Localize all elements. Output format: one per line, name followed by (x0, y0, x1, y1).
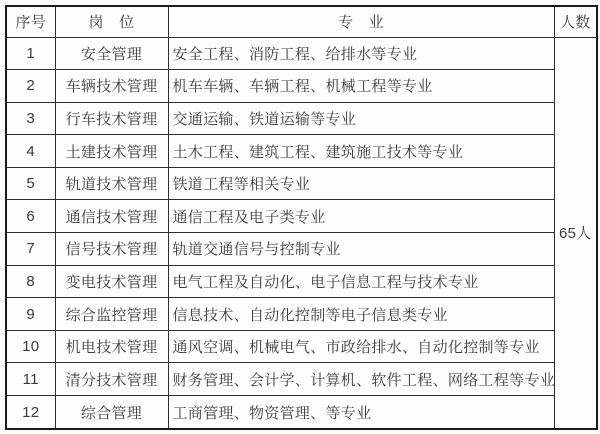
position-cell: 综合管理 (55, 396, 168, 429)
header-cell-count: 人数 (554, 6, 597, 37)
table-row: 9 综合监控管理 信息技术、自动化控制等电子信息类专业 (6, 298, 597, 331)
major-cell: 交通运输、铁道运输等专业 (168, 102, 554, 135)
major-cell: 机车车辆、车辆工程、机械工程等专业 (168, 70, 554, 103)
row-number-cell: 9 (6, 298, 55, 331)
table-row: 1 安全管理 安全工程、消防工程、给排水等专业 65人 (6, 37, 597, 70)
row-number-cell: 6 (6, 200, 55, 233)
table-row: 3 行车技术管理 交通运输、铁道运输等专业 (6, 102, 597, 135)
position-cell: 安全管理 (55, 37, 168, 70)
table-row: 8 变电技术管理 电气工程及自动化、电子信息工程与技术专业 (6, 265, 597, 298)
position-cell: 轨道技术管理 (55, 167, 168, 200)
row-number-cell: 7 (6, 233, 55, 266)
row-number-cell: 10 (6, 330, 55, 363)
table-row: 7 信号技术管理 轨道交通信号与控制专业 (6, 233, 597, 266)
position-cell: 通信技术管理 (55, 200, 168, 233)
major-cell: 土木工程、建筑工程、建筑施工技术等专业 (168, 135, 554, 168)
major-cell: 财务管理、会计学、计算机、软件工程、网络工程等专业 (168, 363, 554, 396)
row-number-cell: 12 (6, 396, 55, 429)
row-number-cell: 11 (6, 363, 55, 396)
position-cell: 综合监控管理 (55, 298, 168, 331)
major-cell: 通信工程及电子类专业 (168, 200, 554, 233)
position-cell: 机电技术管理 (55, 330, 168, 363)
major-cell: 通风空调、机械电气、市政给排水、自动化控制等专业 (168, 330, 554, 363)
major-cell: 安全工程、消防工程、给排水等专业 (168, 37, 554, 70)
table-row: 5 轨道技术管理 铁道工程等相关专业 (6, 167, 597, 200)
table-row: 12 综合管理 工商管理、物资管理、等专业 (6, 396, 597, 429)
position-cell: 信号技术管理 (55, 233, 168, 266)
table-row: 2 车辆技术管理 机车车辆、车辆工程、机械工程等专业 (6, 70, 597, 103)
major-cell: 工商管理、物资管理、等专业 (168, 396, 554, 429)
table-row: 11 清分技术管理 财务管理、会计学、计算机、软件工程、网络工程等专业 (6, 363, 597, 396)
row-number-cell: 5 (6, 167, 55, 200)
recruitment-positions-table: 序号 岗 位 专 业 人数 1 安全管理 安全工程、消防工程、给排水等专业 65… (5, 5, 598, 430)
position-cell: 土建技术管理 (55, 135, 168, 168)
row-number-cell: 1 (6, 37, 55, 70)
row-number-cell: 8 (6, 265, 55, 298)
major-cell: 轨道交通信号与控制专业 (168, 233, 554, 266)
position-cell: 行车技术管理 (55, 102, 168, 135)
row-number-cell: 3 (6, 102, 55, 135)
table-row: 6 通信技术管理 通信工程及电子类专业 (6, 200, 597, 233)
major-cell: 信息技术、自动化控制等电子信息类专业 (168, 298, 554, 331)
scanned-document-page: 序号 岗 位 专 业 人数 1 安全管理 安全工程、消防工程、给排水等专业 65… (0, 0, 600, 434)
header-cell-major: 专 业 (168, 6, 554, 37)
header-cell-no: 序号 (6, 6, 55, 37)
headcount-merged-cell: 65人 (554, 37, 597, 429)
position-cell: 变电技术管理 (55, 265, 168, 298)
table-row: 10 机电技术管理 通风空调、机械电气、市政给排水、自动化控制等专业 (6, 330, 597, 363)
position-cell: 清分技术管理 (55, 363, 168, 396)
row-number-cell: 2 (6, 70, 55, 103)
major-cell: 电气工程及自动化、电子信息工程与技术专业 (168, 265, 554, 298)
row-number-cell: 4 (6, 135, 55, 168)
table-row: 4 土建技术管理 土木工程、建筑工程、建筑施工技术等专业 (6, 135, 597, 168)
table-header-row: 序号 岗 位 专 业 人数 (6, 6, 597, 37)
major-cell: 铁道工程等相关专业 (168, 167, 554, 200)
header-cell-position: 岗 位 (55, 6, 168, 37)
position-cell: 车辆技术管理 (55, 70, 168, 103)
